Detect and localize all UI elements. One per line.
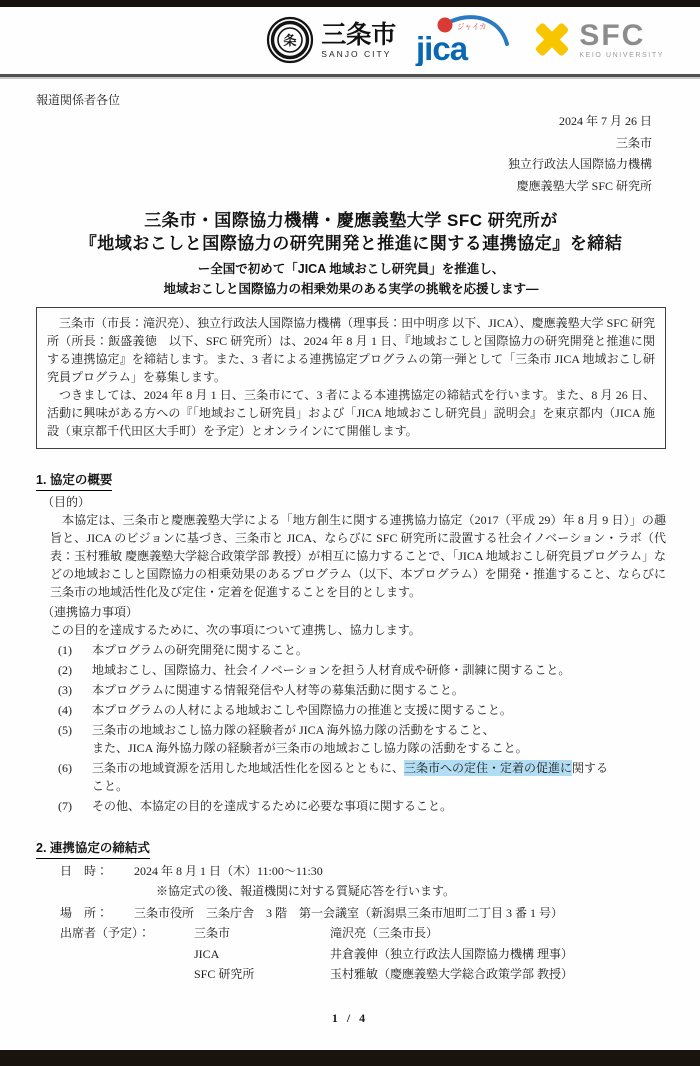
logo-header: 条 三条市 SANJO CITY ジャイカ jica: [0, 0, 700, 74]
sender-sanjo: 三条市: [36, 133, 652, 155]
attendee-row: JICA 井倉義伸（独立行政法人国際協力機構 理事）: [36, 944, 666, 965]
title-line1: 三条市・国際協力機構・慶應義塾大学 SFC 研究所が: [144, 211, 557, 230]
recipient-line: 報道関係者各位: [36, 91, 666, 109]
bottom-letterbox-bar: [0, 1050, 700, 1066]
title-line2: 『地域おこしと国際協力の研究開発と推進に関する連携協定』を締結: [80, 234, 623, 253]
section-1: 1. 協定の概要 （目的） 本協定は、三条市と慶應義塾大学による「地方創生に関す…: [36, 471, 666, 815]
sfc-wordmark: SFC KEIO UNIVERSITY: [579, 22, 664, 59]
sfc-text: SFC: [579, 22, 664, 50]
lead-paragraph-1: 三条市（市長：滝沢亮）、独立行政法人国際協力機構（理事長：田中明彦 以下、JIC…: [47, 314, 655, 386]
jica-logo-icon: ジャイカ jica: [414, 14, 514, 66]
logo-row: 条 三条市 SANJO CITY ジャイカ jica: [0, 0, 700, 74]
section-2: 2. 連携協定の締結式 日 時： 2024 年 8 月 1 日（木）11:00～…: [36, 839, 666, 985]
purpose-label: （目的）: [42, 493, 666, 511]
sanjo-city-wordmark: 三条市 SANJO CITY: [321, 22, 396, 59]
place-row: 場 所： 三条市役所 三条庁舎 3 階 第一会議室（新潟県三条市旭町二丁目 3 …: [36, 904, 666, 923]
sfc-university-text: KEIO UNIVERSITY: [579, 52, 664, 59]
list-item: (1) 本プログラムの研究開発に関すること。: [58, 641, 666, 659]
list-item: (7) その他、本協定の目的を達成するために必要な事項に関すること。: [58, 797, 666, 815]
sanjo-city-seal-icon: 条: [266, 16, 314, 64]
sfc-logo: SFC KEIO UNIVERSITY: [532, 20, 664, 60]
lead-summary-box: 三条市（市長：滝沢亮）、独立行政法人国際協力機構（理事長：田中明彦 以下、JIC…: [36, 307, 666, 449]
list-item: (3) 本プログラムに関連する情報発信や人材等の募集活動に関すること。: [58, 681, 666, 699]
release-date: 2024 年 7 月 26 日: [36, 111, 652, 133]
attendee-row: 出席者（予定）： 三条市 滝沢亮（三条市長）: [36, 923, 666, 944]
sender-sfc: 慶應義塾大学 SFC 研究所: [36, 176, 652, 198]
svg-text:jica: jica: [415, 30, 469, 66]
list-item: (2) 地域おこし、国際協力、社会イノベーションを担う人材育成や研修・訓練に関す…: [58, 661, 666, 679]
sanjo-city-name-ja: 三条市: [321, 22, 396, 48]
jica-logo: ジャイカ jica: [414, 14, 514, 66]
list-item: (6) 三条市の地域資源を活用した地域活性化を図るとともに、三条市への定住・定着…: [58, 759, 666, 795]
cooperation-intro: この目的を達成するために、次の事項について連携し、協力します。: [50, 621, 666, 639]
press-release-page: 条 三条市 SANJO CITY ジャイカ jica: [0, 0, 700, 1066]
sfc-x-mark-icon: [532, 20, 572, 60]
sender-block: 2024 年 7 月 26 日 三条市 独立行政法人国際協力機構 慶應義塾大学 …: [36, 111, 666, 197]
cooperation-items-list: (1) 本プログラムの研究開発に関すること。 (2) 地域おこし、国際協力、社会…: [58, 641, 666, 815]
highlighted-text: 三条市への定住・定着の促進に: [404, 760, 572, 776]
list-item: (5) 三条市の地域おこし協力隊の経験者が JICA 海外協力隊の活動をすること…: [58, 721, 666, 757]
page-subtitle: ー全国で初めて「JICA 地域おこし研究員」を推進し、 地域おこしと国際協力の相…: [36, 259, 666, 299]
section-1-heading: 1. 協定の概要: [36, 471, 112, 491]
sanjo-city-name-en: SANJO CITY: [321, 49, 396, 59]
subtitle-line1: ー全国で初めて「JICA 地域おこし研究員」を推進し、: [198, 262, 505, 276]
datetime-note: ※協定式の後、報道機関に対する質疑応答を行います。: [36, 882, 666, 901]
top-letterbox-bar: [0, 0, 700, 7]
datetime-row: 日 時： 2024 年 8 月 1 日（木）11:00～11:30: [36, 862, 666, 881]
cooperation-label: （連携協力事項）: [42, 603, 666, 621]
svg-text:条: 条: [284, 33, 297, 48]
list-item: (4) 本プログラムの人材による地域おこしや国際協力の推進と支援に関すること。: [58, 701, 666, 719]
purpose-paragraph: 本協定は、三条市と慶應義塾大学による「地方創生に関する連携協力協定（2017（平…: [50, 511, 666, 601]
page-number: 1 / 4: [0, 1011, 700, 1026]
page-title: 三条市・国際協力機構・慶應義塾大学 SFC 研究所が 『地域おこしと国際協力の研…: [36, 209, 666, 255]
lead-paragraph-2: つきましては、2024 年 8 月 1 日、三条市にて、3 者による本連携協定の…: [47, 386, 655, 440]
section-2-heading: 2. 連携協定の締結式: [36, 839, 150, 859]
subtitle-line2: 地域おこしと国際協力の相乗効果のある実学の挑戦を応援します—: [163, 282, 538, 296]
sender-jica: 独立行政法人国際協力機構: [36, 154, 652, 176]
attendee-row: SFC 研究所 玉村雅敏（慶應義塾大学総合政策学部 教授）: [36, 964, 666, 985]
sanjo-city-logo: 条 三条市 SANJO CITY: [266, 16, 396, 64]
document-body: 報道関係者各位 2024 年 7 月 26 日 三条市 独立行政法人国際協力機構…: [0, 79, 700, 985]
